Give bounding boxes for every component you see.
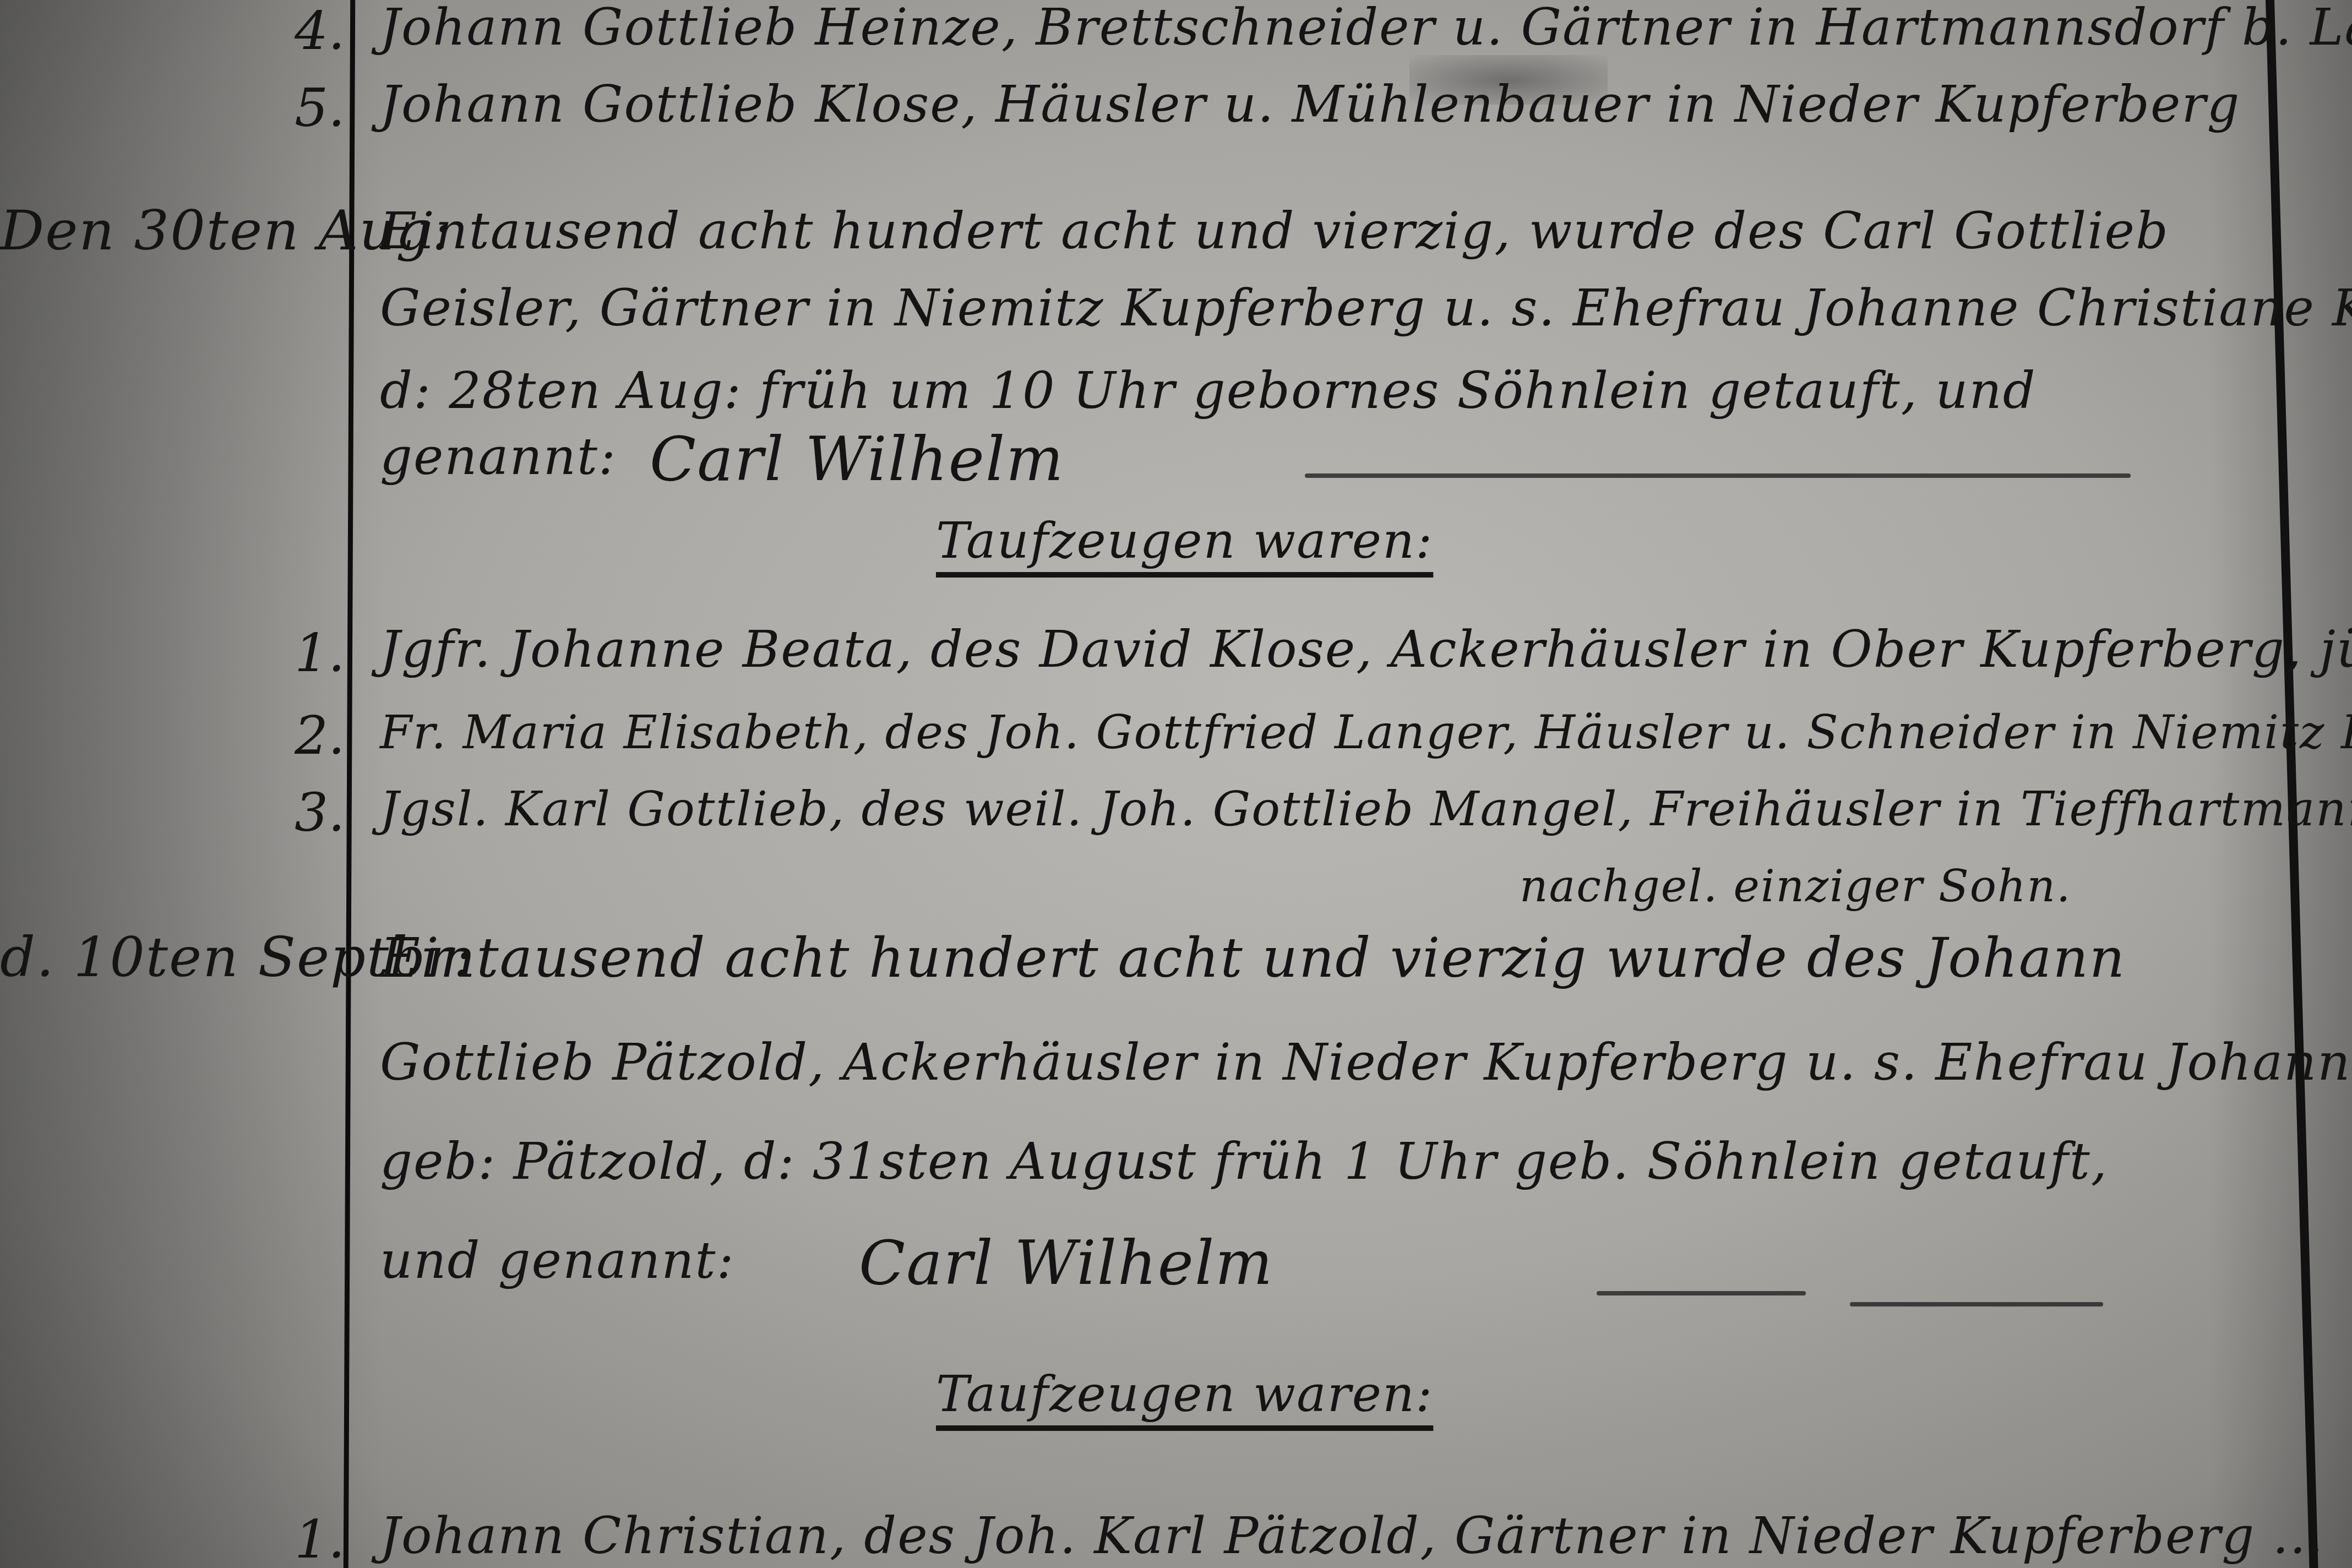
entry-text-line: geb: Pätzold, d: 31sten August früh 1 Uh… (380, 1134, 2108, 1189)
entry-text-line: genannt: (380, 429, 617, 484)
entry-text-line: Eintausend acht hundert acht und vierzig… (380, 204, 2169, 259)
end-of-entry-stroke (1850, 1302, 2103, 1306)
entry-text-line: d: 28ten Aug: früh um 10 Uhr gebornes Sö… (380, 363, 2037, 418)
register-page: 4. Johann Gottlieb Heinze, Brettschneide… (0, 0, 2352, 1568)
sponsor-line: Johann Christian, des Joh. Karl Pätzold,… (380, 1509, 2324, 1564)
entry-text-line: Geisler, Gärtner in Niemitz Kupferberg u… (380, 281, 2352, 336)
sponsor-line: Johann Gottlieb Klose, Häusler u. Mühlen… (380, 77, 2240, 132)
end-of-entry-stroke (1597, 1291, 1806, 1295)
sponsor-number: 3. (295, 782, 345, 843)
sponsor-line: Fr. Maria Elisabeth, des Joh. Gottfried … (380, 705, 2352, 760)
sponsor-number: 4. (295, 0, 345, 62)
sponsor-number: 1. (295, 1509, 345, 1568)
child-name: Carl Wilhelm (859, 1228, 1273, 1298)
sponsors-heading: Taufzeugen waren: (936, 1365, 1433, 1423)
sponsor-line: Jgfr. Johanne Beata, des David Klose, Ac… (380, 622, 2352, 677)
sponsor-line: Jgsl. Karl Gottlieb, des weil. Joh. Gott… (380, 782, 2352, 837)
sponsor-line: Johann Gottlieb Heinze, Brettschneider u… (380, 0, 2352, 55)
sponsor-number: 2. (295, 705, 345, 766)
entry-text-line: Gottlieb Pätzold, Ackerhäusler in Nieder… (380, 1035, 2352, 1090)
sponsor-line-continuation: nachgel. einziger Sohn. (1520, 859, 2071, 914)
sponsors-heading: Taufzeugen waren: (936, 512, 1433, 570)
sponsor-number: 5. (295, 77, 345, 139)
end-of-entry-stroke (1305, 473, 2131, 478)
child-name: Carl Wilhelm (650, 424, 1064, 494)
sponsor-number: 1. (295, 622, 345, 684)
entry-text-line: Eintausend acht hundert acht und vierzig… (380, 930, 2126, 986)
entry-text-line: und genannt: (380, 1233, 735, 1288)
